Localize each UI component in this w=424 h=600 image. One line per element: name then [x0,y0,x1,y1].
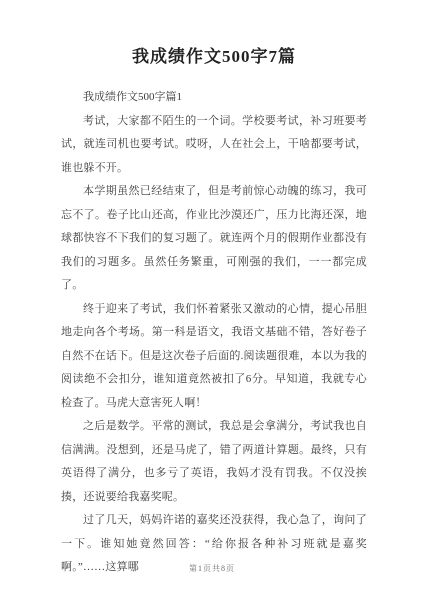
paragraph-1: 考试，大家都不陌生的一个词。学校要考试，补习班要考试，就连司机也要考试。哎呀，人… [61,110,367,181]
page-number-footer: 第1页共8页 [0,563,424,574]
section-heading: 我成绩作文500字篇1 [61,86,367,110]
paragraph-4: 之后是数学。平常的测试，我总是会拿满分，考试我也自信满满。没想到，还是马虎了，错… [61,415,367,509]
document-title: 我成绩作文500字7篇 [61,44,367,70]
document-page: 我成绩作文500字7篇 我成绩作文500字篇1 考试，大家都不陌生的一个词。学校… [0,0,424,600]
paragraph-3: 终于迎来了考试，我们怀着紧张又激动的心情，提心吊胆地走向各个考场。第一科是语文，… [61,298,367,416]
paragraph-2: 本学期虽然已经结束了，但是考前惊心动魄的练习，我可忘不了。卷子比山还高，作业比沙… [61,180,367,298]
